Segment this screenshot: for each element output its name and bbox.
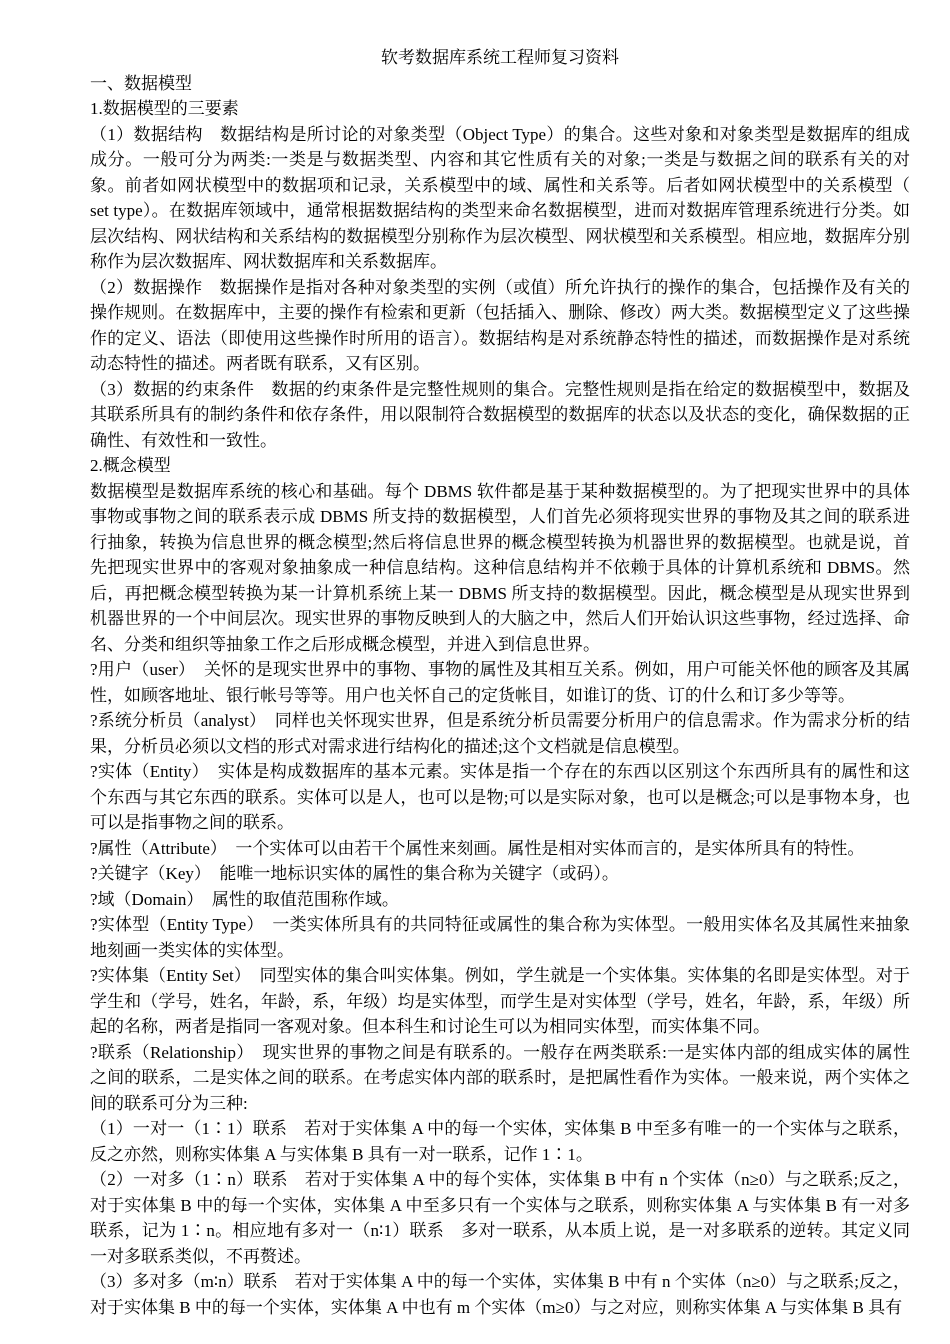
paragraph: ?域（Domain） 属性的取值范围称作域。 <box>90 887 910 913</box>
paragraph: （1）数据结构 数据结构是所讨论的对象类型（Object Type）的集合。这些… <box>90 122 910 275</box>
paragraph: ?实体集（Entity Set） 同型实体的集合叫实体集。例如，学生就是一个实体… <box>90 963 910 1040</box>
paragraph: ?实体型（Entity Type） 一类实体所具有的共同特征或属性的集合称为实体… <box>90 912 910 963</box>
paragraph: ?实体（Entity） 实体是构成数据库的基本元素。实体是指一个存在的东西以区别… <box>90 759 910 836</box>
paragraph: ?属性（Attribute） 一个实体可以由若干个属性来刻画。属性是相对实体而言… <box>90 836 910 862</box>
document-page: 软考数据库系统工程师复习资料 一、数据模型1.数据模型的三要素（1）数据结构 数… <box>0 0 950 1320</box>
paragraph: （2）一对多（1∶n）联系 若对于实体集 A 中的每个实体，实体集 B 中有 n… <box>90 1167 910 1269</box>
paragraph: 数据模型是数据库系统的核心和基础。每个 DBMS 软件都是基于某种数据模型的。为… <box>90 479 910 658</box>
paragraph: （3）多对多（m∶n）联系 若对于实体集 A 中的每一个实体，实体集 B 中有 … <box>90 1269 910 1320</box>
section-heading: 一、数据模型 <box>90 71 910 97</box>
document-body: 一、数据模型1.数据模型的三要素（1）数据结构 数据结构是所讨论的对象类型（Ob… <box>90 71 910 1321</box>
document-title: 软考数据库系统工程师复习资料 <box>90 45 910 71</box>
paragraph: ?用户（user） 关怀的是现实世界中的事物、事物的属性及其相互关系。例如，用户… <box>90 657 910 708</box>
section-heading: 2.概念模型 <box>90 453 910 479</box>
paragraph: ?联系（Relationship） 现实世界的事物之间是有联系的。一般存在两类联… <box>90 1040 910 1117</box>
paragraph: （3）数据的约束条件 数据的约束条件是完整性规则的集合。完整性规则是指在给定的数… <box>90 377 910 454</box>
paragraph: （2）数据操作 数据操作是指对各种对象类型的实例（或值）所允许执行的操作的集合，… <box>90 275 910 377</box>
paragraph: （1）一对一（1∶1）联系 若对于实体集 A 中的每一个实体，实体集 B 中至多… <box>90 1116 910 1167</box>
section-heading: 1.数据模型的三要素 <box>90 96 910 122</box>
paragraph: ?系统分析员（analyst） 同样也关怀现实世界，但是系统分析员需要分析用户的… <box>90 708 910 759</box>
paragraph: ?关键字（Key） 能唯一地标识实体的属性的集合称为关键字（或码）。 <box>90 861 910 887</box>
